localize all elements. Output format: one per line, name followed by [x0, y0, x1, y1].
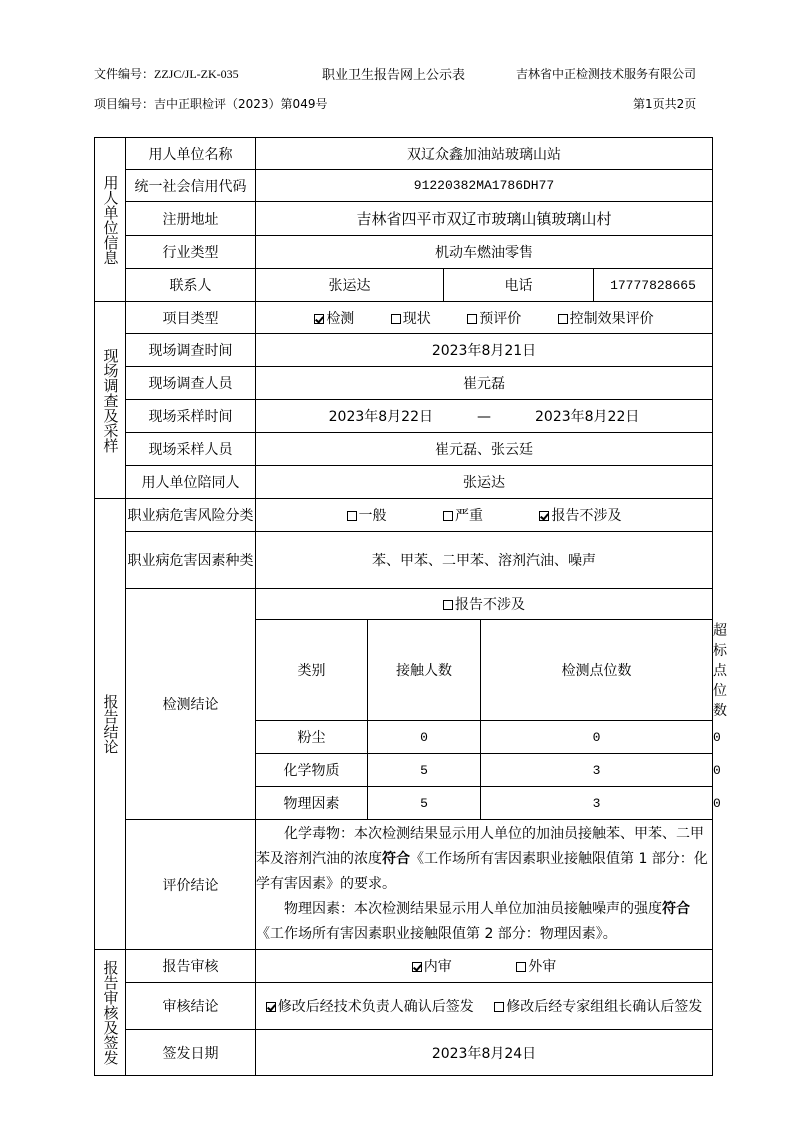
- checkbox-unchecked-icon: [467, 314, 477, 324]
- hazard-factors-label: 职业病危害因素种类: [126, 532, 256, 589]
- sampler-value: 崔元磊、张云廷: [256, 433, 713, 466]
- row-address: 注册地址 吉林省四平市双辽市玻璃山镇玻璃山村: [95, 202, 713, 236]
- project-number-label: 项目编号：: [94, 97, 154, 111]
- address-label: 注册地址: [126, 202, 256, 236]
- checkbox-detection-na[interactable]: 报告不涉及: [443, 594, 525, 614]
- industry-value: 机动车燃油零售: [256, 236, 713, 269]
- sampling-time-value: 2023年8月22日—2023年8月22日: [256, 400, 713, 433]
- section-employer: 用人单位信息: [95, 138, 126, 302]
- row-escort: 用人单位陪同人 张运达: [95, 466, 713, 499]
- page-indicator: 第1页共2页: [633, 95, 696, 112]
- contact-value: 张运达: [256, 269, 444, 302]
- company-name: 吉林省中正检测技术服务有限公司: [516, 65, 696, 82]
- industry-label: 行业类型: [126, 236, 256, 269]
- checkbox-label: 控制效果评价: [570, 311, 654, 327]
- row-audit: 报告审核及签发 报告审核 内审 外审: [95, 950, 713, 983]
- col-header-category: 类别: [256, 620, 368, 721]
- compliant-emphasis: 符合: [382, 851, 410, 867]
- row-sampler: 现场采样人员 崔元磊、张云廷: [95, 433, 713, 466]
- cell-points: 0: [481, 721, 713, 754]
- file-number: 文件编号：ZZJC/JL-ZK-035: [94, 65, 239, 82]
- cell-points: 3: [481, 787, 713, 820]
- row-risk-class: 报告结论 职业病危害风险分类 一般 严重 报告不涉及: [95, 499, 713, 532]
- checkbox-risk-severe[interactable]: 严重: [443, 505, 483, 525]
- escort-value: 张运达: [256, 466, 713, 499]
- row-issue-date: 签发日期 2023年8月24日: [95, 1030, 713, 1076]
- surveyor-label: 现场调查人员: [126, 367, 256, 400]
- cell-category: 化学物质: [256, 754, 368, 787]
- row-evaluation: 评价结论 化学毒物：本次检测结果显示用人单位的加油员接触苯、甲苯、二甲苯及溶剂汽…: [95, 820, 713, 950]
- section-report-label: 报告结论: [102, 694, 119, 754]
- employer-name-label: 用人单位名称: [126, 138, 256, 170]
- checkbox-tech-lead-confirm[interactable]: 修改后经技术负责人确认后签发: [266, 996, 474, 1016]
- audit-label: 报告审核: [126, 950, 256, 983]
- escort-label: 用人单位陪同人: [126, 466, 256, 499]
- credit-code-label: 统一社会信用代码: [126, 170, 256, 202]
- section-survey: 现场调查及采样: [95, 302, 126, 499]
- checkbox-unchecked-icon: [443, 511, 453, 521]
- section-survey-label: 现场调查及采样: [102, 348, 119, 453]
- hazard-factors-value: 苯、甲苯、二甲苯、溶剂汽油、噪声: [256, 532, 713, 589]
- checkbox-checked-icon: [412, 962, 422, 972]
- phone-label: 电话: [444, 269, 594, 302]
- survey-time-value: 2023年8月21日: [256, 334, 713, 367]
- detection-na-option: 报告不涉及: [256, 589, 713, 620]
- compliant-emphasis: 符合: [662, 901, 690, 917]
- checkbox-label: 现状: [403, 311, 431, 327]
- row-industry: 行业类型 机动车燃油零售: [95, 236, 713, 269]
- section-review-label: 报告审核及签发: [102, 960, 119, 1065]
- evaluation-text: 化学毒物：本次检测结果显示用人单位的加油员接触苯、甲苯、二甲苯及溶剂汽油的浓度符…: [256, 820, 713, 950]
- checkbox-risk-na[interactable]: 报告不涉及: [539, 505, 621, 525]
- section-report: 报告结论: [95, 499, 126, 950]
- row-detection-na: 检测结论 报告不涉及: [95, 589, 713, 620]
- checkbox-unchecked-icon: [558, 314, 568, 324]
- file-number-label: 文件编号：: [94, 67, 154, 81]
- address-value: 吉林省四平市双辽市玻璃山镇玻璃山村: [256, 202, 713, 236]
- review-conclusion-label: 审核结论: [126, 983, 256, 1030]
- survey-time-label: 现场调查时间: [126, 334, 256, 367]
- row-employer-name: 用人单位信息 用人单位名称 双辽众鑫加油站玻璃山站: [95, 138, 713, 170]
- sampling-end: 2023年8月22日: [535, 409, 639, 425]
- row-hazard-factors: 职业病危害因素种类 苯、甲苯、二甲苯、溶剂汽油、噪声: [95, 532, 713, 589]
- checkbox-unchecked-icon: [516, 962, 526, 972]
- row-surveyor: 现场调查人员 崔元磊: [95, 367, 713, 400]
- checkbox-label: 严重: [455, 508, 483, 524]
- credit-code-value: 91220382MA1786DH77: [256, 170, 713, 202]
- text: 物理因素：本次检测结果显示用人单位加油员接触噪声的强度: [284, 901, 662, 917]
- sampler-label: 现场采样人员: [126, 433, 256, 466]
- evaluation-physical: 物理因素：本次检测结果显示用人单位加油员接触噪声的强度符合《工作场所有害因素职业…: [256, 897, 712, 947]
- checkbox-unchecked-icon: [391, 314, 401, 324]
- row-sampling-time: 现场采样时间 2023年8月22日—2023年8月22日: [95, 400, 713, 433]
- checkbox-label: 内审: [424, 959, 452, 975]
- phone-value: 17777828665: [594, 269, 713, 302]
- checkbox-internal-audit[interactable]: 内审: [412, 956, 452, 976]
- checkbox-detection[interactable]: 检测: [314, 308, 354, 328]
- project-number-value: 吉中正职检评（2023）第049号: [154, 97, 327, 111]
- row-survey-time: 现场调查时间 2023年8月21日: [95, 334, 713, 367]
- detection-conclusion-label: 检测结论: [126, 589, 256, 820]
- risk-class-label: 职业病危害风险分类: [126, 499, 256, 532]
- evaluation-chemical: 化学毒物：本次检测结果显示用人单位的加油员接触苯、甲苯、二甲苯及溶剂汽油的浓度符…: [256, 822, 712, 897]
- checkbox-control-effect[interactable]: 控制效果评价: [558, 308, 654, 328]
- sampling-separator: —: [477, 409, 491, 425]
- risk-class-options: 一般 严重 报告不涉及: [256, 499, 713, 532]
- evaluation-label: 评价结论: [126, 820, 256, 950]
- sampling-start: 2023年8月22日: [329, 409, 433, 425]
- cell-category: 物理因素: [256, 787, 368, 820]
- row-contact: 联系人 张运达 电话 17777828665: [95, 269, 713, 302]
- checkbox-label: 报告不涉及: [551, 508, 621, 524]
- checkbox-label: 检测: [326, 311, 354, 327]
- section-review: 报告审核及签发: [95, 950, 126, 1076]
- issue-date-label: 签发日期: [126, 1030, 256, 1076]
- col-header-exposed: 接触人数: [368, 620, 481, 721]
- file-number-value: ZZJC/JL-ZK-035: [154, 67, 239, 81]
- checkbox-pre-evaluation[interactable]: 预评价: [467, 308, 521, 328]
- project-type-label: 项目类型: [126, 302, 256, 334]
- section-employer-label: 用人单位信息: [102, 175, 119, 265]
- issue-date-value: 2023年8月24日: [256, 1030, 713, 1076]
- surveyor-value: 崔元磊: [256, 367, 713, 400]
- checkbox-risk-general[interactable]: 一般: [347, 505, 387, 525]
- contact-label: 联系人: [126, 269, 256, 302]
- sampling-time-label: 现场采样时间: [126, 400, 256, 433]
- row-project-type: 现场调查及采样 项目类型 检测 现状 预评价 控制效果评价: [95, 302, 713, 334]
- checkbox-checked-icon: [539, 511, 549, 521]
- cell-category: 粉尘: [256, 721, 368, 754]
- cell-exposed: 5: [368, 754, 481, 787]
- checkbox-label: 外审: [528, 959, 556, 975]
- checkbox-label: 报告不涉及: [455, 597, 525, 613]
- checkbox-label: 预评价: [479, 311, 521, 327]
- employer-name-value: 双辽众鑫加油站玻璃山站: [256, 138, 713, 170]
- checkbox-unchecked-icon: [347, 511, 357, 521]
- cell-points: 3: [481, 754, 713, 787]
- checkbox-checked-icon: [266, 1002, 276, 1012]
- col-header-points: 检测点位数: [481, 620, 713, 721]
- checkbox-unchecked-icon: [443, 600, 453, 610]
- checkbox-checked-icon: [314, 314, 324, 324]
- project-type-options: 检测 现状 预评价 控制效果评价: [256, 302, 713, 334]
- text: 《工作场所有害因素职业接触限值第 2 部分：物理因素》。: [256, 926, 617, 942]
- checkbox-label: 一般: [359, 508, 387, 524]
- row-review-conclusion: 审核结论 修改后经技术负责人确认后签发 修改后经专家组组长确认后签发: [95, 983, 713, 1030]
- review-conclusion-options: 修改后经技术负责人确认后签发 修改后经专家组组长确认后签发: [256, 983, 713, 1030]
- row-credit-code: 统一社会信用代码 91220382MA1786DH77: [95, 170, 713, 202]
- audit-options: 内审 外审: [256, 950, 713, 983]
- checkbox-expert-lead-confirm[interactable]: 修改后经专家组组长确认后签发: [494, 996, 702, 1016]
- checkbox-status-quo[interactable]: 现状: [391, 308, 431, 328]
- checkbox-label: 修改后经技术负责人确认后签发: [278, 999, 474, 1015]
- checkbox-label: 修改后经专家组组长确认后签发: [506, 999, 702, 1015]
- document-title: 职业卫生报告网上公示表: [322, 64, 465, 83]
- cell-exposed: 0: [368, 721, 481, 754]
- checkbox-external-audit[interactable]: 外审: [516, 956, 556, 976]
- checkbox-unchecked-icon: [494, 1002, 504, 1012]
- project-number: 项目编号：吉中正职检评（2023）第049号: [94, 95, 327, 112]
- cell-exposed: 5: [368, 787, 481, 820]
- disclosure-table: 用人单位信息 用人单位名称 双辽众鑫加油站玻璃山站 统一社会信用代码 91220…: [94, 137, 713, 1076]
